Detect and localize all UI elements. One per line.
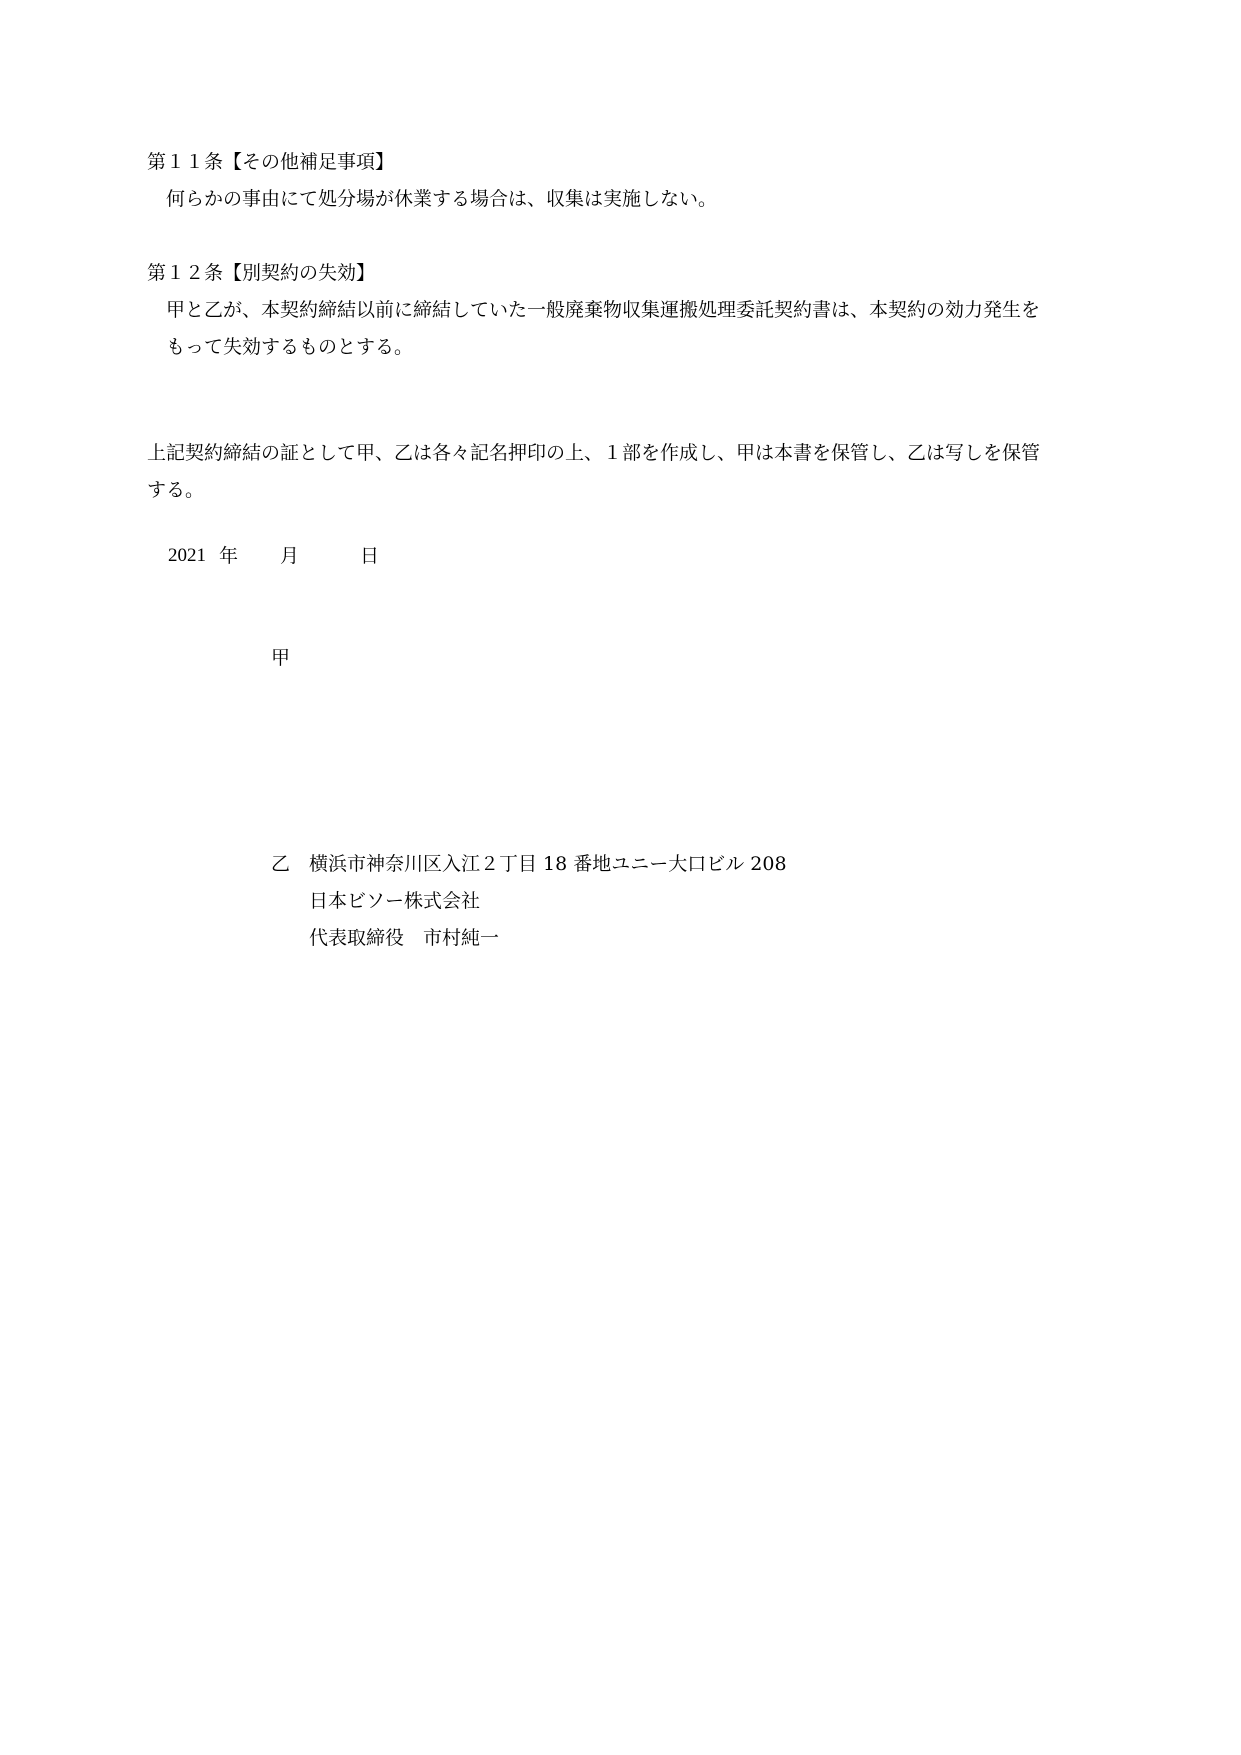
article-11-body: 何らかの事由にて処分場が休業する場合は、収集は実施しない。 <box>166 187 717 211</box>
document-page: 第１１条【その他補足事項】 何らかの事由にて処分場が休業する場合は、収集は実施し… <box>0 0 1241 1755</box>
party-b-address: 横浜市神奈川区入江２丁目 18 番地ユニー大口ビル 208 <box>309 852 787 876</box>
date-year-unit: 年 <box>219 544 238 568</box>
article-12-body-line2: もって失効するものとする。 <box>166 335 413 359</box>
party-b-representative: 代表取締役 市村純一 <box>309 926 499 950</box>
article-12-heading: 第１２条【別契約の失効】 <box>147 261 375 285</box>
party-a-label: 甲 <box>271 646 290 670</box>
closing-line1: 上記契約締結の証として甲、乙は各々記名押印の上、１部を作成し、甲は本書を保管し、… <box>147 441 1040 465</box>
date-year: 2021 <box>168 544 206 568</box>
article-12-body-line1: 甲と乙が、本契約締結以前に締結していた一般廃棄物収集運搬処理委託契約書は、本契約… <box>166 298 1040 322</box>
date-day-unit: 日 <box>360 544 379 568</box>
date-month-unit: 月 <box>280 544 299 568</box>
closing-line2: する。 <box>147 478 204 502</box>
party-b-company: 日本ビソー株式会社 <box>309 889 480 913</box>
article-11-heading: 第１１条【その他補足事項】 <box>147 150 394 174</box>
party-b-label: 乙 <box>271 852 290 876</box>
